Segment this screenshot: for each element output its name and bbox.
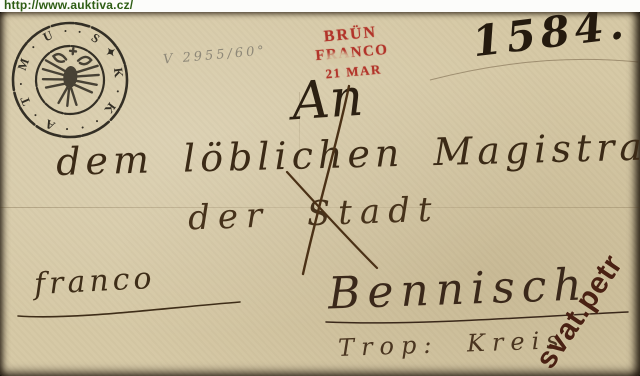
postal-cover-scan: · S ✦ K · K · · · A · T · M · U · S · BR…: [0, 0, 640, 376]
auction-url-watermark: http://www.auktiva.cz/: [4, 0, 133, 12]
ink-smudge: [322, 50, 358, 68]
postmark-eagle-stamp: · S ✦ K · K · · · A · T · M · U · S ·: [0, 10, 140, 151]
ink-cross-flourish: [275, 80, 405, 280]
franco-underline-flourish: [14, 292, 246, 324]
auction-url-bar: http://www.auktiva.cz/: [0, 0, 640, 12]
destination-underline-flourish: [324, 308, 632, 328]
